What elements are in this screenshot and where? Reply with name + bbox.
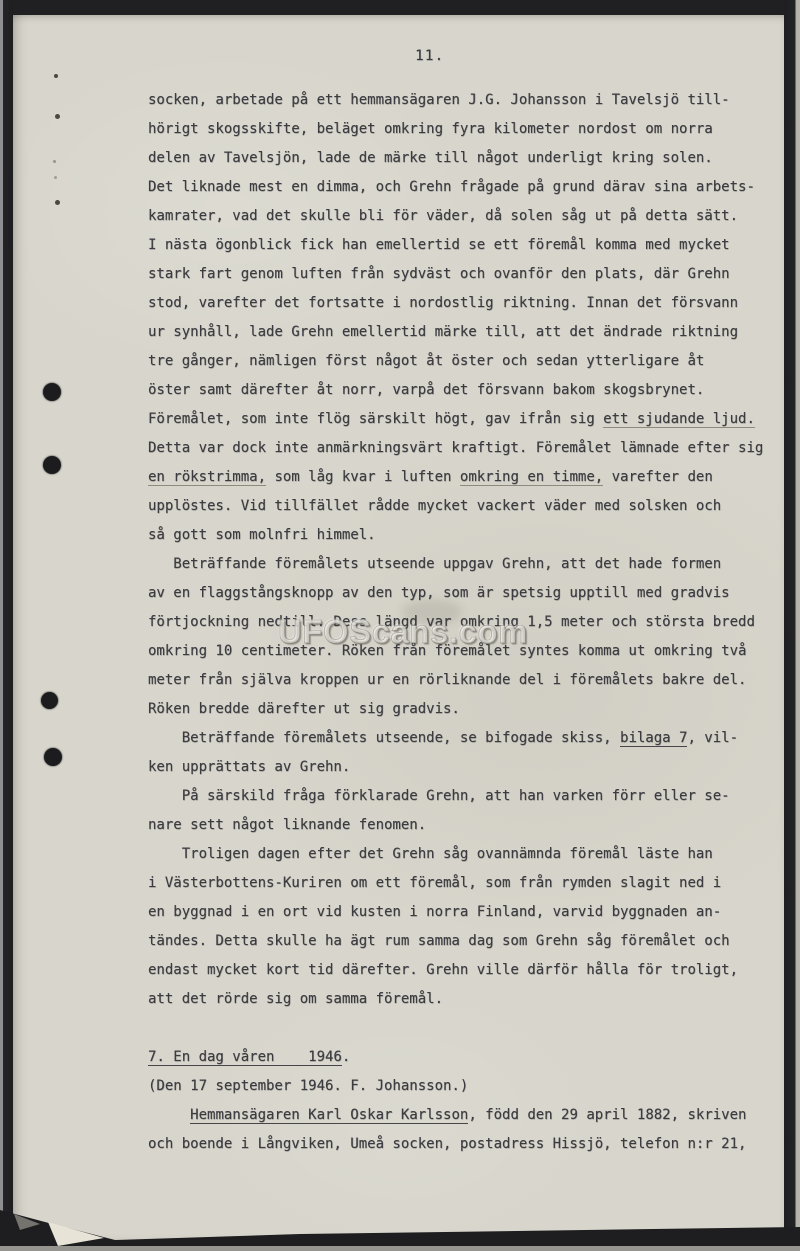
text-line: Röken bredde därefter ut sig gradvis. bbox=[148, 695, 780, 724]
scan-border-top bbox=[0, 0, 800, 15]
text-line: (Den 17 september 1946. F. Johansson.) bbox=[148, 1072, 780, 1101]
text-line: och boende i Långviken, Umeå socken, pos… bbox=[148, 1130, 780, 1159]
text-line: Troligen dagen efter det Grehn såg ovann… bbox=[148, 840, 780, 869]
punch-hole bbox=[43, 383, 61, 401]
text-line: kamrater, vad det skulle bli för väder, … bbox=[148, 202, 780, 231]
text-line: Hemmansägaren Karl Oskar Karlsson, född … bbox=[148, 1101, 780, 1130]
text-line: en rökstrimma, som låg kvar i luften omk… bbox=[148, 463, 780, 492]
ink-speck bbox=[54, 176, 57, 179]
text-line: Beträffande föremålets utseende, se bifo… bbox=[148, 724, 780, 753]
text-line: Beträffande föremålets utseende uppgav G… bbox=[148, 550, 780, 579]
text-line: nare sett något liknande fenomen. bbox=[148, 811, 780, 840]
text-line: tre gånger, nämligen först något åt öste… bbox=[148, 347, 780, 376]
text-line: tändes. Detta skulle ha ägt rum samma da… bbox=[148, 927, 780, 956]
text-line: socken, arbetade på ett hemmansägaren J.… bbox=[148, 86, 780, 115]
text-line: meter från själva kroppen ur en rörlikna… bbox=[148, 666, 780, 695]
scanned-document: 11. socken, arbetade på ett hemmansägare… bbox=[0, 0, 800, 1251]
ink-speck bbox=[53, 160, 56, 163]
text-line: Det liknade mest en dimma, och Grehn frå… bbox=[148, 173, 780, 202]
blank-line bbox=[148, 1014, 780, 1043]
punch-hole bbox=[43, 456, 61, 474]
text-line: så gott som molnfri himmel. bbox=[148, 521, 780, 550]
text-line: av en flaggstångsknopp av den typ, som ä… bbox=[148, 579, 780, 608]
punch-hole bbox=[41, 692, 58, 709]
page-number: 11. bbox=[415, 48, 444, 64]
text-line: stod, varefter det fortsatte i nordostli… bbox=[148, 289, 780, 318]
scan-border-left bbox=[0, 0, 13, 1251]
ink-speck bbox=[55, 200, 60, 205]
text-line: att det rörde sig om samma föremål. bbox=[148, 985, 780, 1014]
text-line: endast mycket kort tid därefter. Grehn v… bbox=[148, 956, 780, 985]
text-line: Föremålet, som inte flög särskilt högt, … bbox=[148, 405, 780, 434]
text-line: en byggnad i en ort vid kusten i norra F… bbox=[148, 898, 780, 927]
text-line: i Västerbottens-Kuriren om ett föremål, … bbox=[148, 869, 780, 898]
text-line: upplöstes. Vid tillfället rådde mycket v… bbox=[148, 492, 780, 521]
text-line: I nästa ögonblick fick han emellertid se… bbox=[148, 231, 780, 260]
text-line: hörigt skogsskifte, beläget omkring fyra… bbox=[148, 115, 780, 144]
text-line: stark fart genom luften från sydväst och… bbox=[148, 260, 780, 289]
text-line: delen av Tavelsjön, lade de märke till n… bbox=[148, 144, 780, 173]
text-line: ur synhåll, lade Grehn emellertid märke … bbox=[148, 318, 780, 347]
punch-hole bbox=[44, 748, 62, 766]
ink-speck bbox=[55, 114, 60, 119]
text-line: På särskild fråga förklarade Grehn, att … bbox=[148, 782, 780, 811]
ink-speck bbox=[54, 74, 58, 78]
scan-border-bottom-crumpled-corner bbox=[0, 1200, 800, 1251]
text-line: ken upprättats av Grehn. bbox=[148, 753, 780, 782]
scan-border-right bbox=[784, 0, 800, 1251]
watermark: UFOScans.com bbox=[278, 613, 528, 651]
text-line: öster samt därefter åt norr, varpå det f… bbox=[148, 376, 780, 405]
text-line: Detta var dock inte anmärkningsvärt kraf… bbox=[148, 434, 780, 463]
section-heading: 7. En dag våren 1946. bbox=[148, 1043, 780, 1072]
